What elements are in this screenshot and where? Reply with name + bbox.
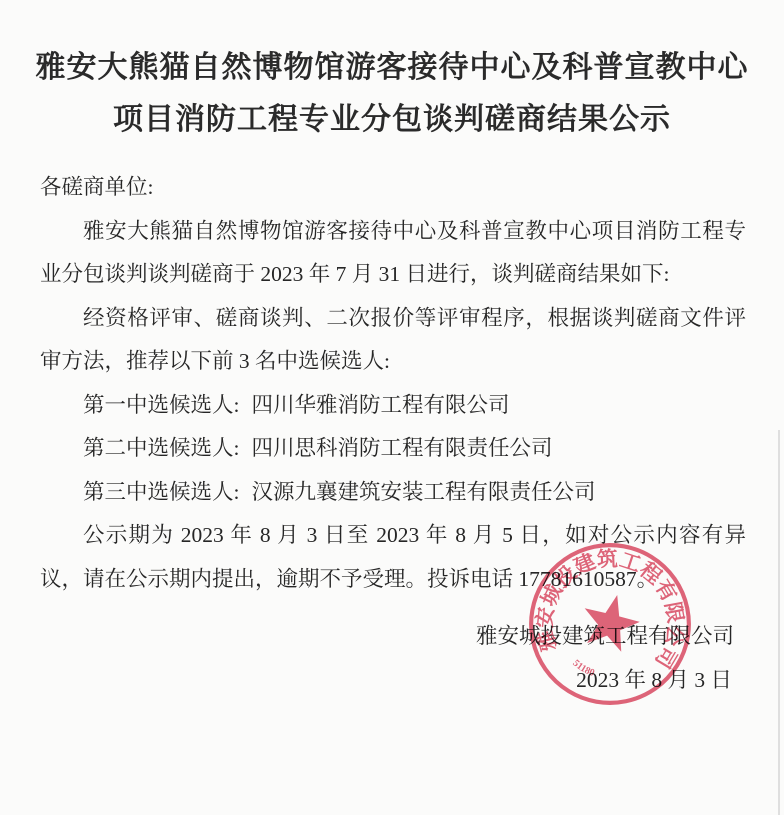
candidate-1-label: 第一中选候选人: — [83, 393, 239, 417]
candidate-3-company: 汉源九襄建筑安装工程有限责任公司 — [251, 480, 595, 504]
document-body: 各磋商单位: 雅安大熊猫自然博物馆游客接待中心及科普宣教中心项目消防工程专业分包… — [40, 166, 746, 601]
candidate-2-label: 第二中选候选人: — [83, 436, 239, 460]
candidate-1-company: 四川华雅消防工程有限公司 — [251, 393, 509, 417]
document-title: 雅安大熊猫自然博物馆游客接待中心及科普宣教中心 项目消防工程专业分包谈判磋商结果… — [0, 42, 784, 146]
signature-company: 雅安城投建筑工程有限公司 — [0, 615, 784, 659]
signature-block: 雅安城投建筑工程有限公司 2023 年 8 月 3 日 — [0, 615, 784, 702]
title-line-1: 雅安大熊猫自然博物馆游客接待中心及科普宣教中心 — [0, 42, 784, 94]
paragraph-publicity-period: 公示期为 2023 年 8 月 3 日至 2023 年 8 月 5 日，如对公示… — [40, 514, 746, 601]
candidate-row-1: 第一中选候选人:四川华雅消防工程有限公司 — [40, 384, 746, 428]
candidate-2-company: 四川思科消防工程有限责任公司 — [251, 436, 552, 460]
paragraph-negotiation-date: 雅安大熊猫自然博物馆游客接待中心及科普宣教中心项目消防工程专业分包谈判谈判磋商于… — [40, 210, 746, 297]
signature-date: 2023 年 8 月 3 日 — [0, 659, 784, 703]
paragraph-review-procedure: 经资格评审、磋商谈判、二次报价等评审程序，根据谈判磋商文件评审方法，推荐以下前 … — [40, 297, 746, 384]
candidate-row-3: 第三中选候选人:汉源九襄建筑安装工程有限责任公司 — [40, 471, 746, 515]
title-line-2: 项目消防工程专业分包谈判磋商结果公示 — [0, 94, 784, 146]
candidate-row-2: 第二中选候选人:四川思科消防工程有限责任公司 — [40, 427, 746, 471]
scan-artifact-line — [778, 430, 780, 815]
salutation: 各磋商单位: — [40, 166, 746, 210]
candidate-3-label: 第三中选候选人: — [83, 480, 239, 504]
scanned-notice-page: 雅安大熊猫自然博物馆游客接待中心及科普宣教中心 项目消防工程专业分包谈判磋商结果… — [0, 0, 784, 815]
